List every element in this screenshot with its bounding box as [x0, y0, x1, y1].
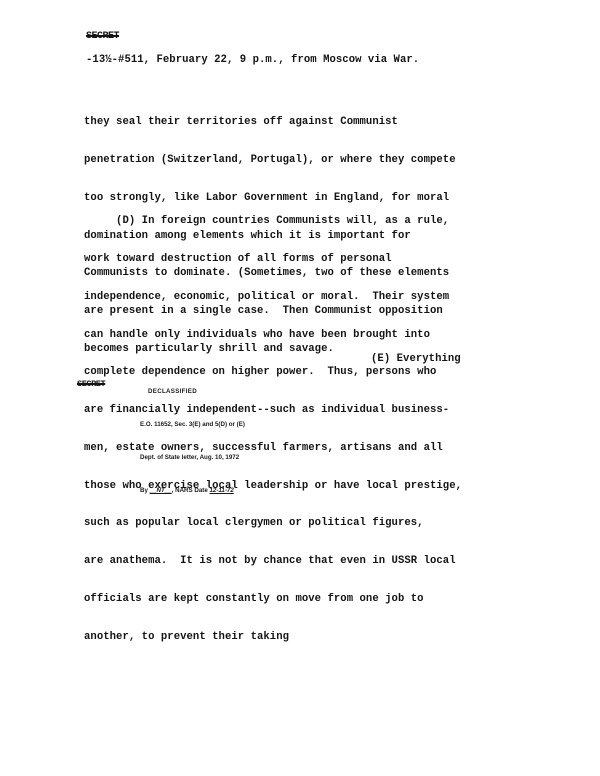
- next-section-heading: (E) Everything: [371, 353, 461, 366]
- declassification-stamp: DECLASSIFIED E.O. 11652, Sec. 3(E) and 5…: [140, 364, 245, 518]
- stamp-title: DECLASSIFIED: [140, 386, 245, 397]
- stamp-by-label: By: [140, 487, 150, 494]
- classification-marking-bottom: SECRET: [77, 378, 105, 391]
- text-line: penetration (Switzerland, Portugal), or …: [84, 154, 456, 167]
- text-line: (D) In foreign countries Communists will…: [84, 215, 462, 228]
- text-line: work toward destruction of all forms of …: [84, 253, 462, 266]
- text-line: independence, economic, political or mor…: [84, 291, 462, 304]
- stamp-letter-line: Dept. of State letter, Aug. 10, 1972: [140, 452, 245, 463]
- document-page: SECRET -13½-#511, February 22, 9 p.m., f…: [0, 0, 600, 776]
- stamp-authority-line: E.O. 11652, Sec. 3(E) and 5(D) or (E): [140, 419, 245, 430]
- text-line: can handle only individuals who have bee…: [84, 329, 462, 342]
- text-line: are anathema. It is not by chance that e…: [84, 555, 462, 568]
- text-line: officials are kept constantly on move fr…: [84, 593, 462, 606]
- stamp-signature-line: By __NT__, NARS Date 12-11-72: [140, 485, 245, 496]
- text-line: another, to prevent their taking: [84, 631, 462, 644]
- stamp-signature: __NT__: [150, 487, 172, 494]
- stamp-nars-label: , NARS Date: [172, 487, 210, 494]
- text-line: such as popular local clergymen or polit…: [84, 517, 462, 530]
- classification-marking-top: SECRET: [86, 31, 119, 44]
- telegram-header-line: -13½-#511, February 22, 9 p.m., from Mos…: [86, 54, 419, 67]
- stamp-date: 12-11-72: [209, 487, 233, 494]
- text-line: they seal their territories off against …: [84, 116, 456, 129]
